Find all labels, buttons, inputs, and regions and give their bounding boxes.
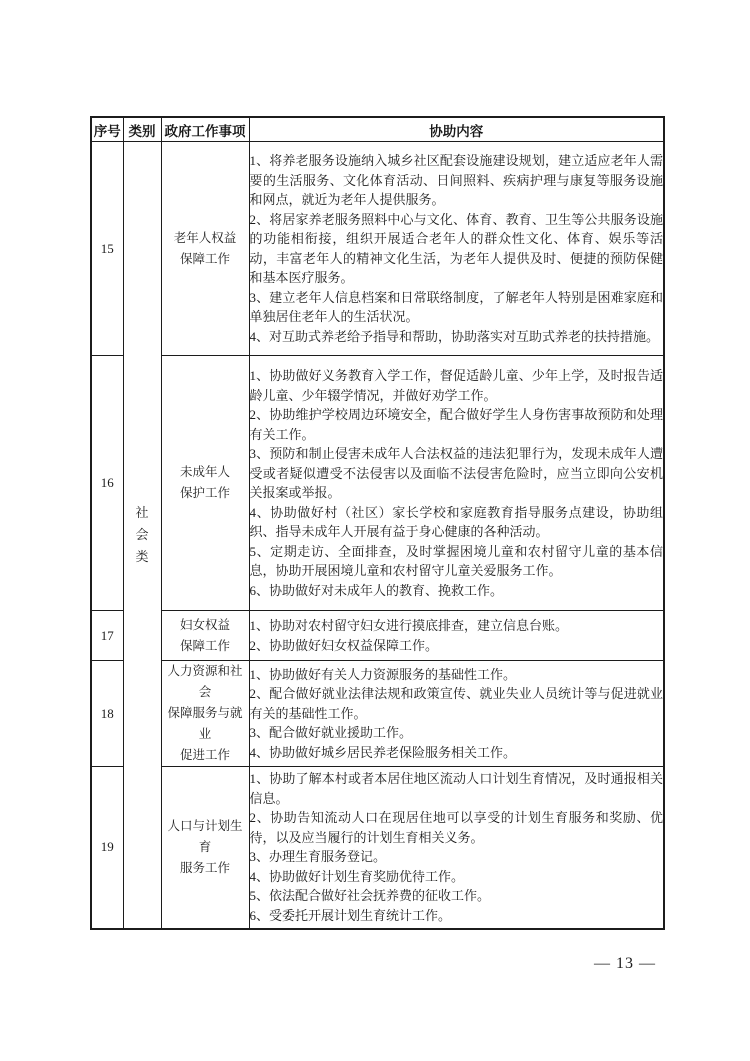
work-items-table: 序号 类别 政府工作事项 协助内容 15 社会类 老年人权益 保障工作 1、将养… — [90, 116, 665, 930]
row-serial-number: 19 — [91, 767, 123, 929]
document-page: 序号 类别 政府工作事项 协助内容 15 社会类 老年人权益 保障工作 1、将养… — [0, 0, 750, 1061]
category-cell: 社会类 — [123, 142, 161, 929]
assistance-content: 1、协助对农村留守妇女进行摸底排查，建立信息台账。 2、协助做好妇女权益保障工作… — [249, 611, 664, 661]
table-row: 18 人力资源和社会 保障服务与就业 促进工作 1、协助做好有关人力资源服务的基… — [91, 661, 664, 767]
header-serial-number: 序号 — [91, 117, 123, 142]
assistance-content: 1、协助了解本村或者本居住地区流动人口计划生育情况，及时通报相关信息。 2、协助… — [249, 767, 664, 929]
row-serial-number: 15 — [91, 142, 123, 356]
row-serial-number: 16 — [91, 356, 123, 611]
header-category: 类别 — [123, 117, 161, 142]
category-label: 社会类 — [135, 502, 150, 568]
work-item-name: 人口与计划生育 服务工作 — [161, 767, 249, 929]
assistance-content: 1、协助做好义务教育入学工作，督促适龄儿童、少年上学，及时报告适龄儿童、少年辍学… — [249, 356, 664, 611]
page-number: — 13 — — [560, 955, 690, 973]
row-serial-number: 17 — [91, 611, 123, 661]
header-assistance-content: 协助内容 — [249, 117, 664, 142]
table-row: 19 人口与计划生育 服务工作 1、协助了解本村或者本居住地区流动人口计划生育情… — [91, 767, 664, 929]
header-government-work-item: 政府工作事项 — [161, 117, 249, 142]
assistance-content: 1、将养老服务设施纳入城乡社区配套设施建设规划，建立适应老年人需要的生活服务、文… — [249, 142, 664, 356]
work-item-name: 未成年人 保护工作 — [161, 356, 249, 611]
assistance-content: 1、协助做好有关人力资源服务的基础性工作。 2、配合做好就业法律法规和政策宣传、… — [249, 661, 664, 767]
row-serial-number: 18 — [91, 661, 123, 767]
table-row: 16 未成年人 保护工作 1、协助做好义务教育入学工作，督促适龄儿童、少年上学，… — [91, 356, 664, 611]
work-item-name: 人力资源和社会 保障服务与就业 促进工作 — [161, 661, 249, 767]
table-row: 15 社会类 老年人权益 保障工作 1、将养老服务设施纳入城乡社区配套设施建设规… — [91, 142, 664, 356]
work-item-name: 妇女权益 保障工作 — [161, 611, 249, 661]
table-row: 17 妇女权益 保障工作 1、协助对农村留守妇女进行摸底排查，建立信息台账。 2… — [91, 611, 664, 661]
table-header-row: 序号 类别 政府工作事项 协助内容 — [91, 117, 664, 142]
work-item-name: 老年人权益 保障工作 — [161, 142, 249, 356]
